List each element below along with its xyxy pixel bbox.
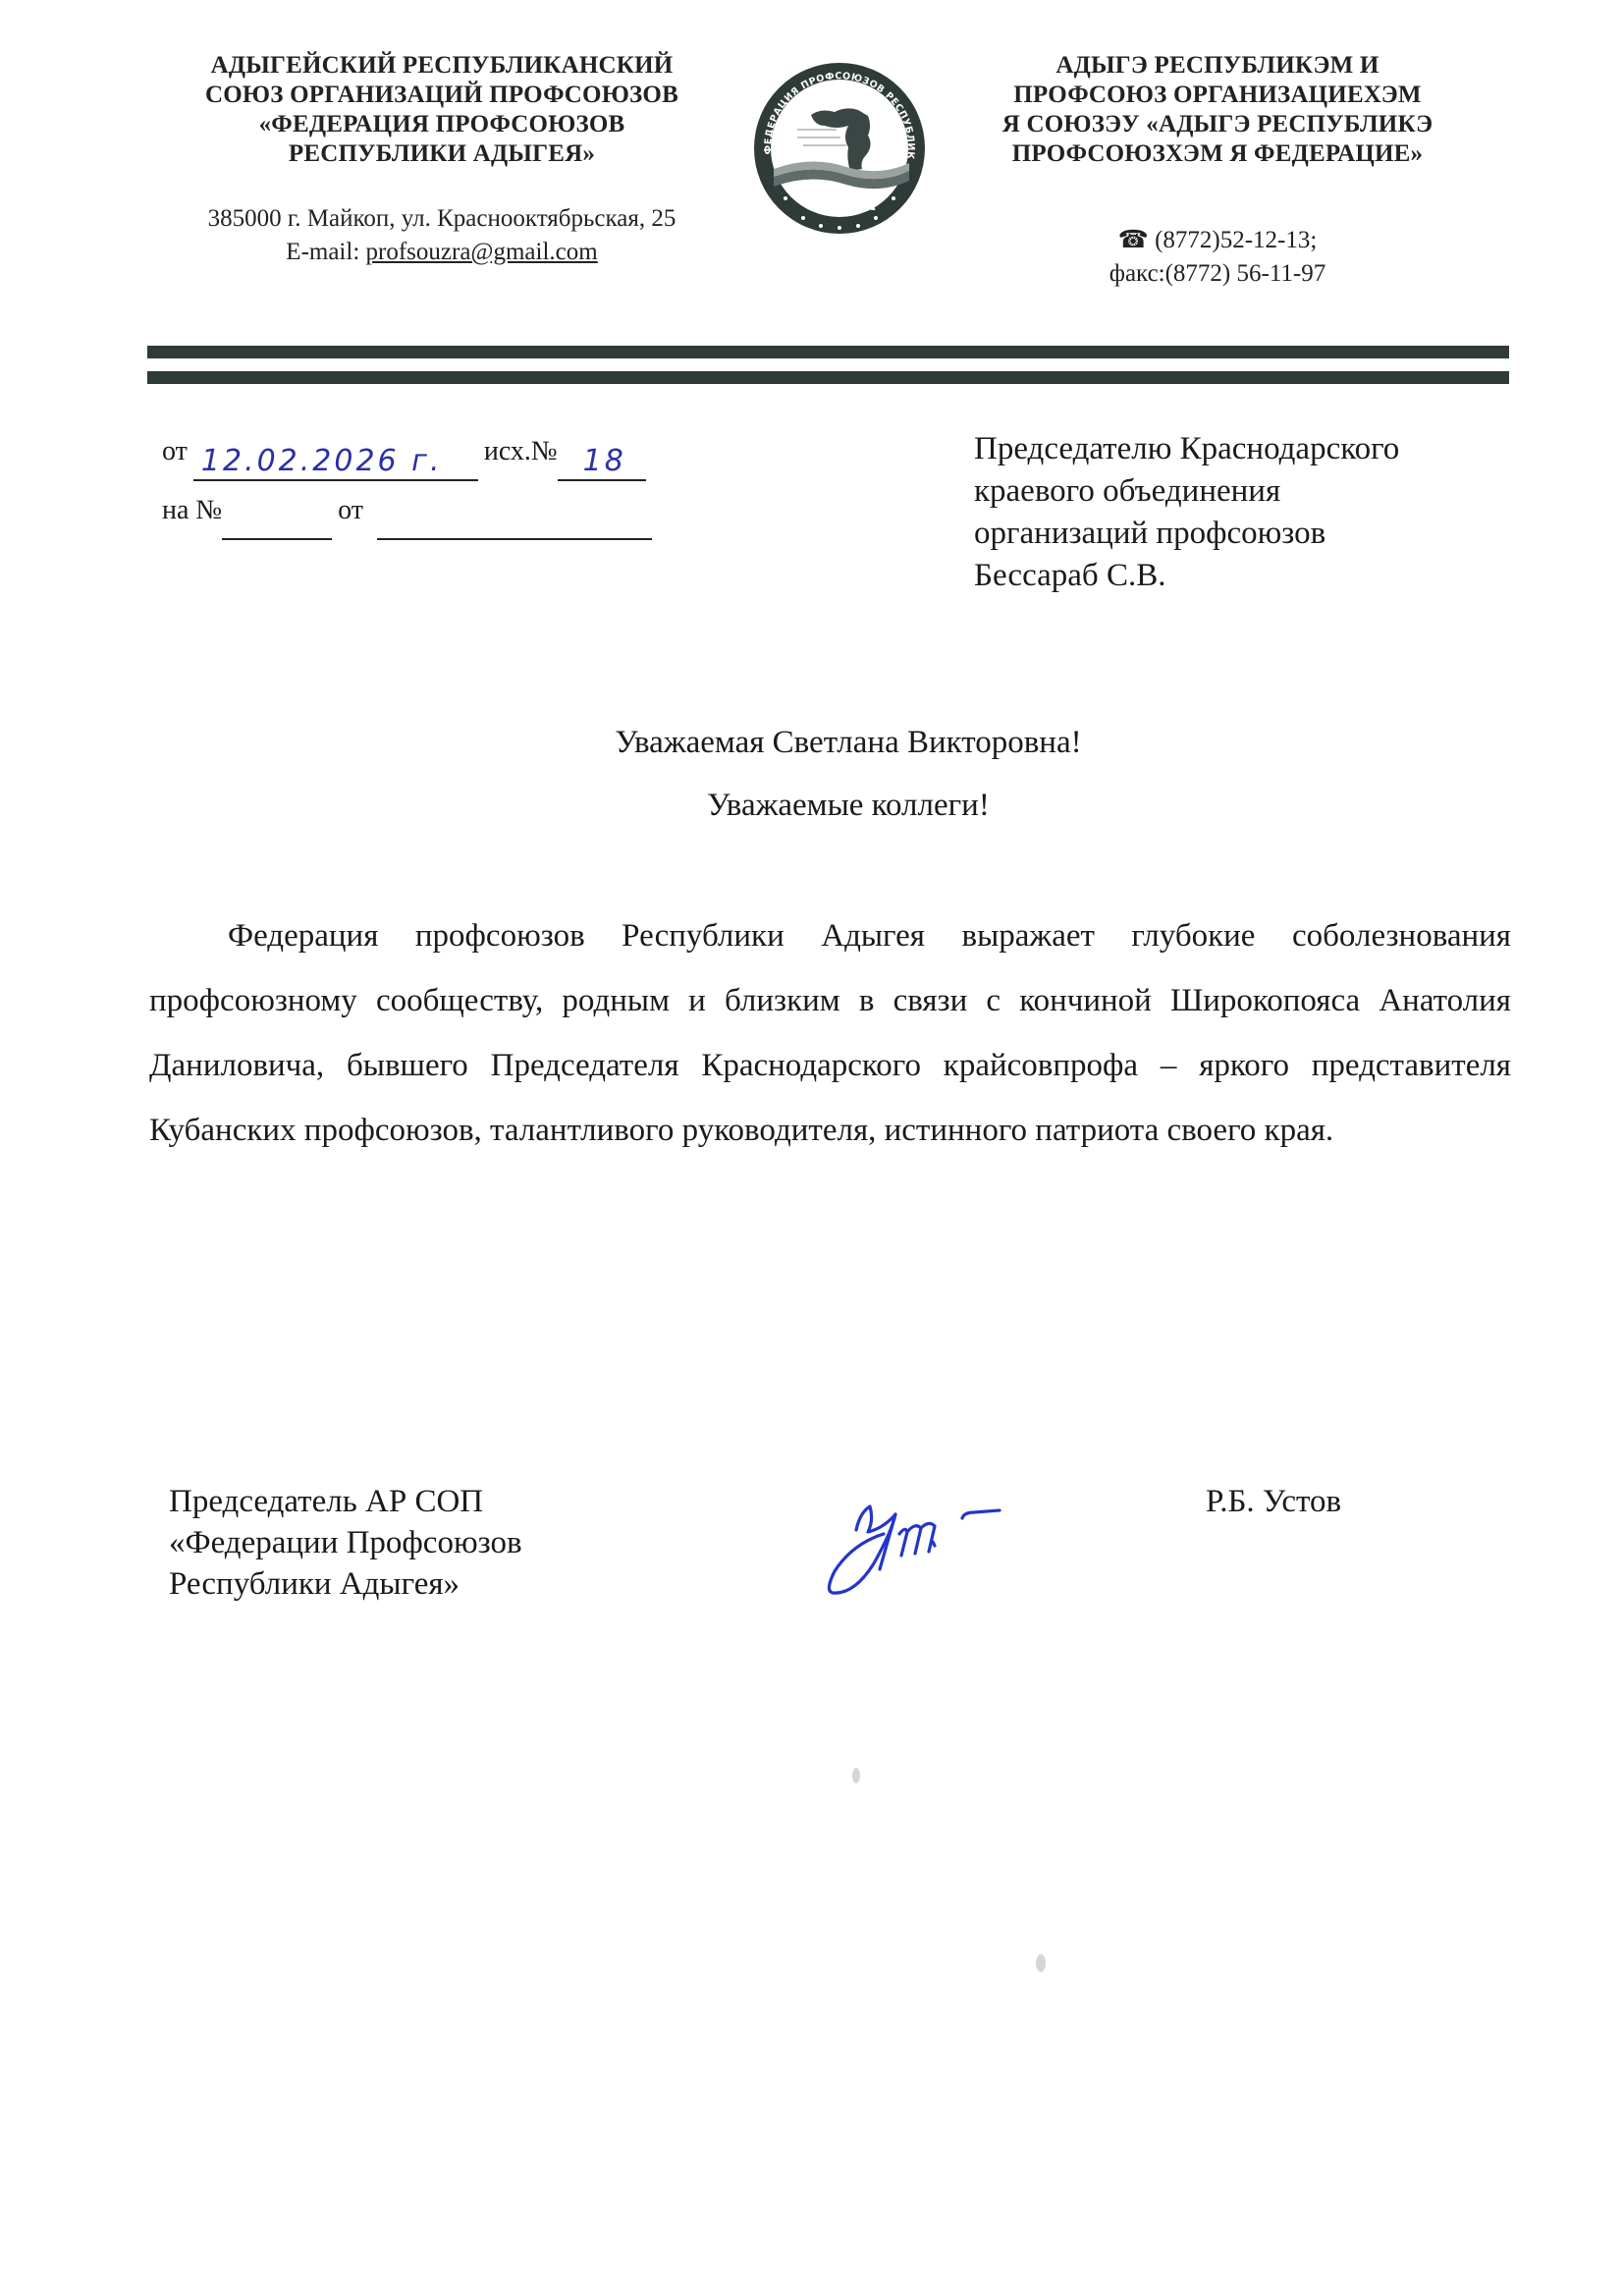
fpra-logo: ФЕДЕРАЦИЯ ПРОФСОЮЗОВ РЕСПУБЛИКИ АДЫГЕЯ Ф… [752,61,927,236]
email-link[interactable]: profsouzra@gmail.com [366,239,598,265]
date-value: 12.02.2026 г. [201,444,443,479]
email-label: E-mail: [286,239,365,265]
outgoing-row: от 12.02.2026 г. исх.№ 18 [162,422,658,481]
org-contact: 385000 г. Майкоп, ул. Краснооктябрьская,… [147,202,736,269]
fax-number: факс:(8772) 56-11-97 [943,257,1492,291]
letter-body: Федерация профсоюзов Республики Адыгея в… [149,903,1511,1163]
reference-number-label: на № [162,481,222,540]
greeting-line-colleagues: Уважаемые коллеги! [0,774,1623,837]
phone-icon: ☎ [1118,227,1149,253]
letterhead-right: АДЫГЭ РЕСПУБЛИКЭМ И ПРОФСОЮЗ ОРГАНИЗАЦИЕ… [943,51,1492,291]
phone-line: ☎ (8772)52-12-13; [943,224,1492,257]
letterhead-left: АДЫГЕЙСКИЙ РЕСПУБЛИКАНСКИЙ СОЮЗ ОРГАНИЗА… [147,51,736,269]
svg-text:ФПРА: ФПРА [803,191,875,216]
letterhead-divider-bottom [147,371,1509,384]
org-email-line: E-mail: profsouzra@gmail.com [147,236,736,269]
date-label: от [162,422,188,481]
date-field: 12.02.2026 г. [193,444,478,481]
org-address: 385000 г. Майкоп, ул. Краснооктябрьская,… [147,202,736,236]
scan-artifact [852,1768,860,1783]
phone-number: (8772)52-12-13; [1149,227,1318,253]
letterhead-divider-top [147,346,1509,358]
outgoing-number-label: исх.№ [484,422,558,481]
handwritten-signature [805,1473,1041,1601]
reference-date-label: от [338,481,363,540]
signature-icon [805,1473,1041,1601]
fpra-emblem-icon: ФЕДЕРАЦИЯ ПРОФСОЮЗОВ РЕСПУБЛИКИ АДЫГЕЯ Ф… [752,61,927,236]
reference-number-field [222,503,332,540]
reference-date-field [377,503,652,540]
reference-row: на № от [162,481,658,540]
outgoing-number-field: 18 [558,444,646,481]
signatory-name: Р.Б. Устов [1206,1481,1341,1522]
addressee-block: Председателю Краснодарского краевого объ… [974,428,1524,597]
outgoing-number-value: 18 [583,444,626,479]
scan-artifact [1036,1954,1046,1972]
org-name-russian: АДЫГЕЙСКИЙ РЕСПУБЛИКАНСКИЙ СОЮЗ ОРГАНИЗА… [147,51,736,169]
org-phones: ☎ (8772)52-12-13; факс:(8772) 56-11-97 [943,224,1492,291]
org-name-adyghe: АДЫГЭ РЕСПУБЛИКЭМ И ПРОФСОЮЗ ОРГАНИЗАЦИЕ… [943,51,1492,169]
signatory-position: Председатель АР СОП «Федерации Профсоюзо… [169,1481,522,1605]
greeting: Уважаемая Светлана Викторовна! Уважаемые… [0,711,1623,837]
greeting-line-personal: Уважаемая Светлана Викторовна! [0,711,1623,774]
document-registration: от 12.02.2026 г. исх.№ 18 на № от [162,422,658,540]
